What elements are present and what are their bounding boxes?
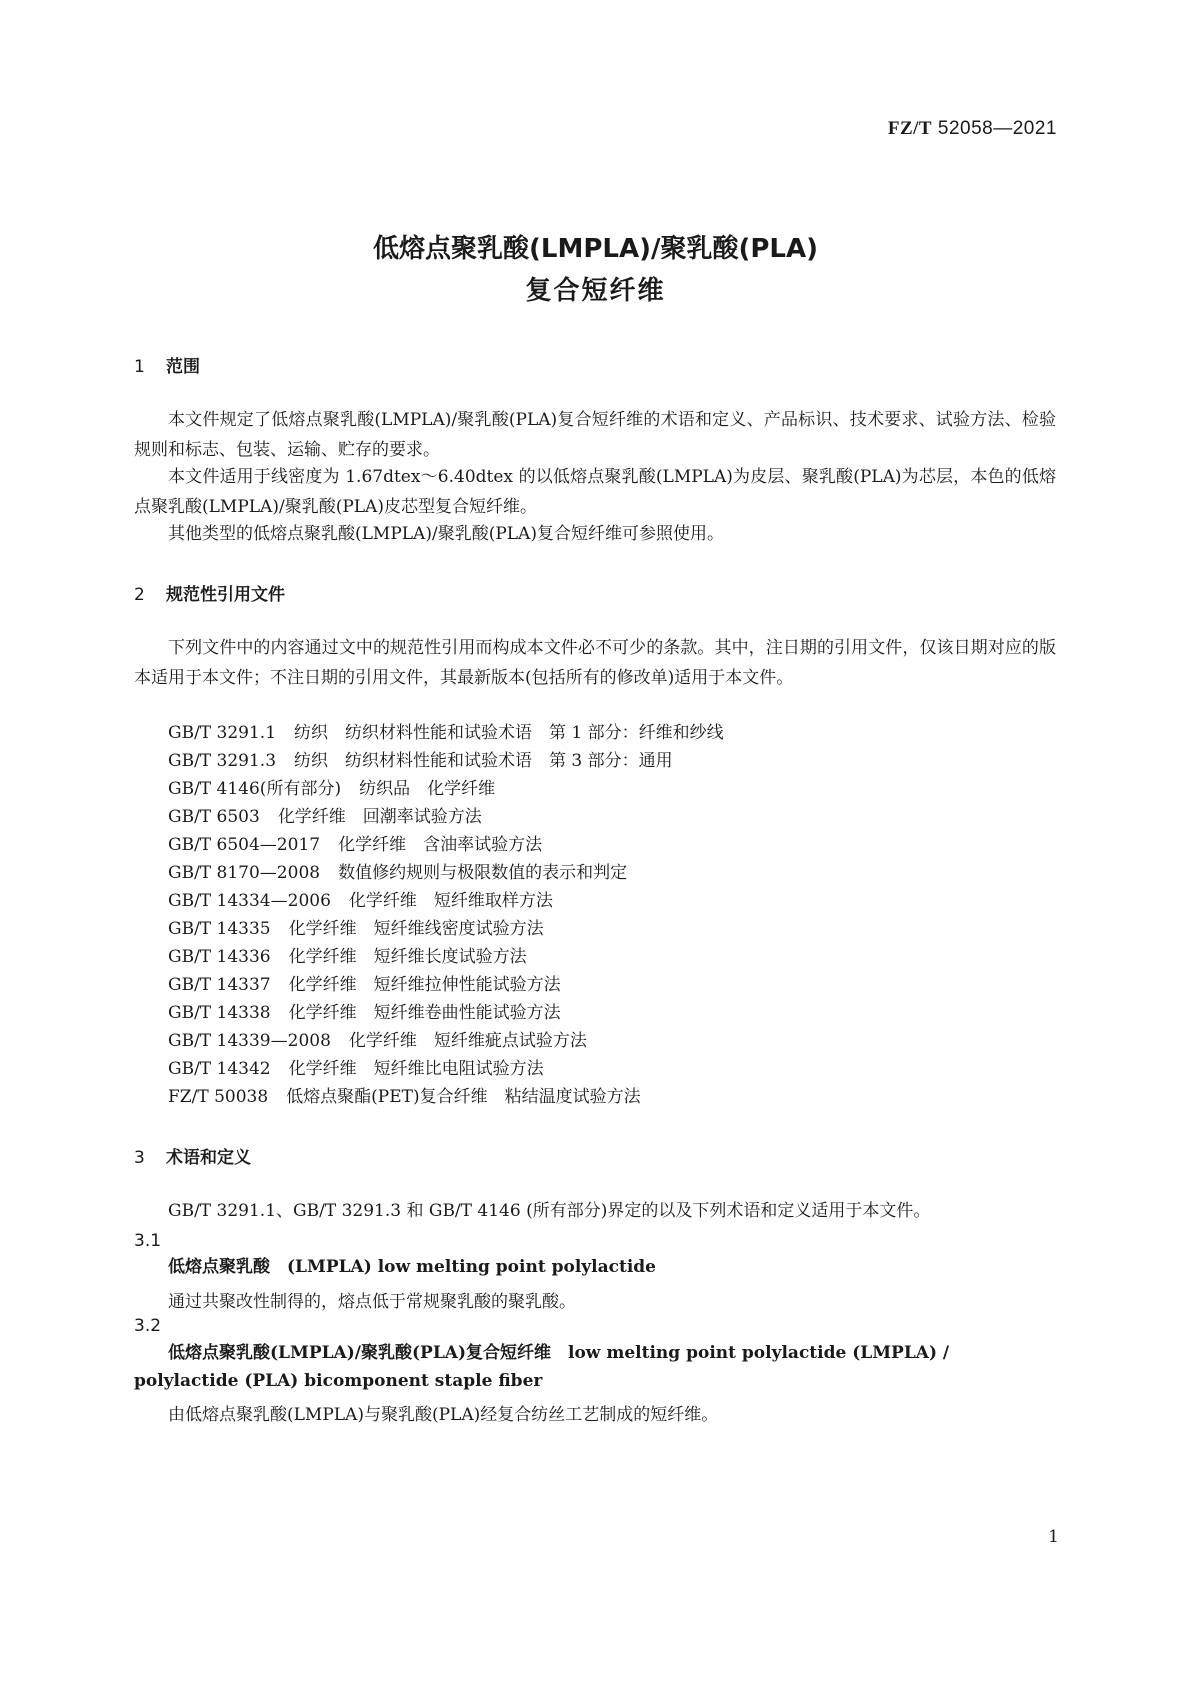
scope-paragraph-3: 其他类型的低熔点聚乳酸(LMPLA)/聚乳酸(PLA)复合短纤维可参照使用。: [134, 519, 1056, 549]
reference-item: GB/T 14338化学纤维 短纤维卷曲性能试验方法: [168, 999, 561, 1027]
reference-item: GB/T 3291.3纺织 纺织材料性能和试验术语 第 3 部分：通用: [168, 747, 673, 775]
reference-item: GB/T 14336化学纤维 短纤维长度试验方法: [168, 943, 527, 971]
document-title-line1: 低熔点聚乳酸(LMPLA)/聚乳酸(PLA): [0, 228, 1191, 265]
reference-item: GB/T 14335化学纤维 短纤维线密度试验方法: [168, 915, 544, 943]
standard-number: 52058—2021: [938, 118, 1057, 139]
reference-item: GB/T 14342化学纤维 短纤维比电阻试验方法: [168, 1055, 544, 1083]
standard-prefix: FZ/T: [888, 118, 932, 139]
section-heading-terms-and-definitions: 3术语和定义: [134, 1143, 251, 1168]
page-number: 1: [1048, 1527, 1059, 1547]
terms-intro-paragraph: GB/T 3291.1、GB/T 3291.3 和 GB/T 4146 (所有部…: [134, 1196, 1056, 1226]
term-definition: 通过共聚改性制得的，熔点低于常规聚乳酸的聚乳酸。: [168, 1287, 576, 1312]
section-heading-normative-references: 2规范性引用文件: [134, 580, 285, 605]
term-heading: 低熔点聚乳酸(LMPLA)/聚乳酸(PLA)复合短纤维 low melting …: [134, 1339, 1056, 1395]
reference-item: GB/T 6503化学纤维 回潮率试验方法: [168, 803, 482, 831]
reference-item: GB/T 14337化学纤维 短纤维拉伸性能试验方法: [168, 971, 561, 999]
standard-code: FZ/T 52058—2021: [888, 118, 1057, 140]
reference-item: FZ/T 50038低熔点聚酯(PET)复合纤维 粘结温度试验方法: [168, 1083, 641, 1111]
references-intro-paragraph: 下列文件中的内容通过文中的规范性引用而构成本文件必不可少的条款。其中，注日期的引…: [134, 633, 1056, 693]
reference-item: GB/T 4146(所有部分)纺织品 化学纤维: [168, 775, 495, 803]
term-heading: 低熔点聚乳酸 (LMPLA) low melting point polylac…: [134, 1253, 1056, 1281]
reference-item: GB/T 3291.1纺织 纺织材料性能和试验术语 第 1 部分：纤维和纱线: [168, 719, 724, 747]
term-definition: 由低熔点聚乳酸(LMPLA)与聚乳酸(PLA)经复合纺丝工艺制成的短纤维。: [168, 1400, 718, 1425]
document-title-line2: 复合短纤维: [0, 270, 1191, 307]
clause-number: 3.1: [134, 1231, 161, 1251]
clause-number: 3.2: [134, 1316, 161, 1336]
reference-item: GB/T 14334—2006化学纤维 短纤维取样方法: [168, 887, 553, 915]
reference-item: GB/T 14339—2008化学纤维 短纤维疵点试验方法: [168, 1027, 587, 1055]
section-heading-scope: 1范围: [134, 352, 200, 377]
reference-item: GB/T 6504—2017化学纤维 含油率试验方法: [168, 831, 542, 859]
scope-paragraph-1: 本文件规定了低熔点聚乳酸(LMPLA)/聚乳酸(PLA)复合短纤维的术语和定义、…: [134, 405, 1056, 465]
reference-item: GB/T 8170—2008数值修约规则与极限数值的表示和判定: [168, 859, 627, 887]
scope-paragraph-2: 本文件适用于线密度为 1.67dtex～6.40dtex 的以低熔点聚乳酸(LM…: [134, 462, 1056, 522]
